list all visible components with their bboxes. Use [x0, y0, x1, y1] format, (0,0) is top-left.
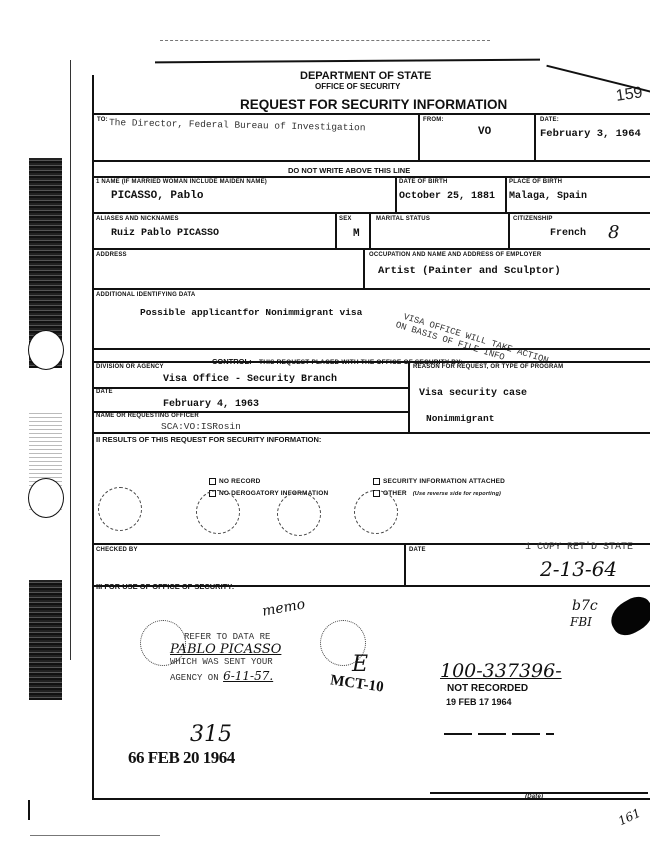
citizenship-value: French [550, 228, 586, 239]
date-label: DATE: [540, 117, 559, 123]
address-divider [363, 250, 365, 288]
refer-stamp: REFER TO DATA RE PABLO PICASSO WHICH WAS… [170, 632, 281, 685]
checkbox-security-attached[interactable]: SECURITY INFORMATION ATTACHED [373, 478, 505, 485]
dob-value: October 25, 1881 [399, 191, 495, 202]
routing-bottom-border [93, 160, 650, 162]
punch-hole-left-2 [28, 478, 64, 518]
pob-value: Malaga, Spain [509, 191, 587, 202]
refer-name: PABLO PICASSO [170, 642, 281, 657]
file-number: 100-337396- [440, 660, 562, 682]
name-label: 1 NAME (If married woman include maiden … [96, 179, 267, 185]
aliases-label: ALIASES AND NICKNAMES [96, 216, 179, 222]
punch-ghost-3 [277, 492, 321, 536]
checkbox-box[interactable] [373, 478, 380, 485]
additional-row-bottom [93, 348, 650, 350]
sex-value: M [353, 228, 360, 240]
division-value: Visa Office - Security Branch [163, 374, 337, 385]
additional-value: Possible applicantfor Nonimmigrant visa [140, 307, 362, 318]
section-2-title: II RESULTS OF THIS REQUEST FOR SECURITY … [96, 435, 321, 444]
scan-edge-line [70, 60, 71, 660]
punch-ghost-1 [98, 487, 142, 531]
fbi-note: FBI [570, 615, 592, 629]
officer-value: SCA:VO:ISRosin [161, 421, 241, 432]
department-name: DEPARTMENT OF STATE [300, 70, 431, 82]
checked-by-divider [404, 545, 406, 585]
citizenship-initials: 8 [608, 222, 619, 243]
routing-divider-1 [418, 115, 420, 160]
routing-row: TO: The Director, Federal Bureau of Inve… [93, 115, 650, 160]
aliases-divider-1 [335, 214, 337, 248]
e-mark: E [352, 652, 368, 677]
officer-label: NAME OR REQUESTING OFFICER [96, 413, 199, 419]
occupation-label: OCCUPATION AND NAME AND ADDRESS OF EMPLO… [369, 252, 541, 258]
section-3-title: III FOR USE OF OFFICE OF SECURITY: [96, 582, 234, 591]
reason-value-1: Visa security case [419, 388, 527, 399]
checked-by-row: CHECKED BY DATE 1 COPY RET'D STATE 2-13-… [93, 545, 650, 585]
recorded-date-stamp: 19 FEB 17 1964 [446, 697, 512, 707]
aliases-row: ALIASES AND NICKNAMES Ruiz Pablo PICASSO… [93, 214, 650, 248]
checkbox-label: SECURITY INFORMATION ATTACHED [383, 478, 505, 485]
memo-note: memo [261, 596, 306, 619]
serial-315: 315 [190, 722, 232, 747]
name-row: 1 NAME (If married woman include maiden … [93, 177, 650, 212]
checked-date-handwritten: 2-13-64 [540, 557, 617, 581]
aliases-divider-2 [369, 214, 371, 248]
checkbox-label: NO RECORD [219, 478, 261, 485]
date-value: February 3, 1964 [540, 128, 641, 140]
punch-ghost-4 [354, 490, 398, 534]
checked-by-label: CHECKED BY [96, 547, 138, 553]
additional-data-row: ADDITIONAL IDENTIFYING DATA Possible app… [93, 290, 650, 348]
to-label: TO: [97, 117, 108, 123]
control-block: DIVISION OR AGENCY Visa Office - Securit… [93, 362, 650, 432]
reason-value-2: Nonimmigrant [426, 413, 494, 424]
punch-hole-left-1 [28, 330, 64, 370]
additional-label: ADDITIONAL IDENTIFYING DATA [96, 292, 195, 298]
control-date-value: February 4, 1963 [163, 399, 259, 410]
refer-line-1: REFER TO DATA RE [184, 632, 295, 642]
citizenship-label: CITIZENSHIP [513, 216, 553, 222]
control-divider [408, 362, 410, 432]
mct-stamp: MCT-10 [329, 672, 384, 696]
other-note: (Use reverse side for reporting) [413, 491, 501, 497]
pob-label: PLACE OF BIRTH [509, 179, 562, 185]
office-name: OFFICE OF SECURITY [315, 82, 400, 91]
refer-line-2: WHICH WAS SENT YOUR [170, 657, 281, 667]
to-value: The Director, Federal Bureau of Investig… [109, 117, 366, 133]
checked-date-label: DATE [409, 547, 426, 553]
top-margin-marks [160, 40, 490, 55]
aliases-divider-3 [508, 214, 510, 248]
page-mark: 161 [616, 806, 643, 828]
from-label: FROM: [423, 117, 444, 123]
control-date-label: DATE [96, 389, 113, 395]
name-row-divider-1 [395, 177, 397, 212]
form-title: REQUEST FOR SECURITY INFORMATION [240, 97, 507, 112]
bottom-left-edge-tick [28, 800, 30, 820]
signature-dash [444, 733, 554, 735]
control-block-bottom [93, 432, 650, 434]
bottom-scan-line [30, 835, 160, 836]
b7c-note: b7c [572, 598, 598, 614]
division-label: DIVISION OR AGENCY [96, 364, 164, 370]
not-recorded-stamp: NOT RECORDED [447, 683, 528, 694]
address-row: ADDRESS OCCUPATION AND NAME AND ADDRESS … [93, 250, 650, 288]
redaction-blot [605, 591, 650, 641]
do-not-write-notice: DO NOT WRITE ABOVE THIS LINE [288, 166, 410, 175]
form-bottom-border [93, 798, 650, 800]
address-label: ADDRESS [96, 252, 127, 258]
name-value: PICASSO, Pablo [111, 190, 203, 202]
checkbox-no-record[interactable]: NO RECORD [209, 478, 261, 485]
sex-label: SEX [339, 216, 352, 222]
occupation-value: Artist (Painter and Sculptor) [378, 265, 561, 277]
routing-divider-2 [534, 115, 536, 160]
punch-ghost-2 [196, 490, 240, 534]
reason-label: REASON FOR REQUEST, OR TYPE OF PROGRAM [413, 364, 563, 370]
aliases-value: Ruiz Pablo PICASSO [111, 228, 219, 239]
marital-label: MARITAL STATUS [376, 216, 430, 222]
dob-label: DATE OF BIRTH [399, 179, 448, 185]
top-scribble-line [155, 59, 540, 63]
scan-edge-stripe-bottom [29, 580, 62, 700]
copy-returned-stamp: 1 COPY RET'D STATE [525, 542, 633, 553]
division-bottom [93, 387, 408, 389]
refer-line-3: AGENCY ON [170, 673, 219, 683]
received-date-stamp: 66 FEB 20 1964 [128, 748, 235, 768]
from-value: VO [478, 126, 491, 138]
refer-date: 6-11-57. [223, 669, 273, 683]
form-header: DEPARTMENT OF STATE OFFICE OF SECURITY R… [93, 70, 650, 115]
checkbox-box[interactable] [209, 478, 216, 485]
name-row-divider-2 [505, 177, 507, 212]
